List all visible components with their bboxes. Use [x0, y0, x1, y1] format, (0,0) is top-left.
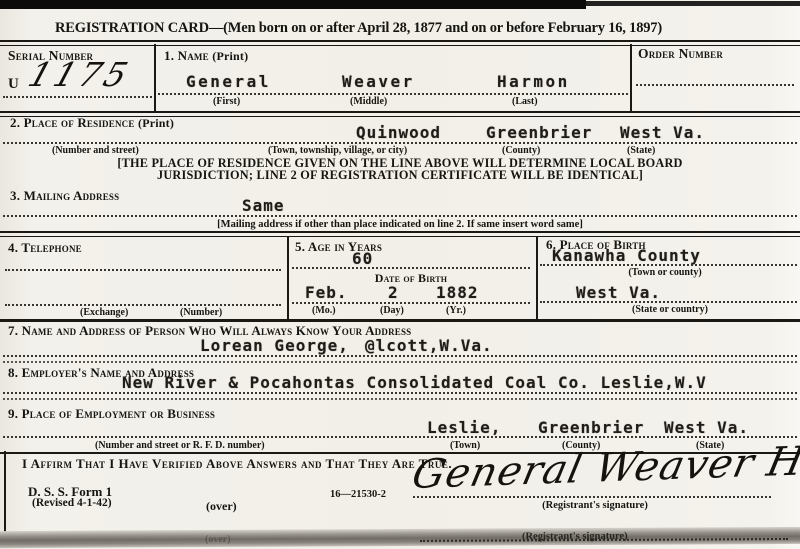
divider-age-birth: [536, 237, 538, 320]
card-title: REGISTRATION CARD—(Men born on or after …: [55, 20, 662, 37]
birth-town-sublabel: (Town or county): [560, 267, 770, 278]
mailing-fine-print: [Mailing address if other than place ind…: [0, 219, 800, 230]
employment-street-sublabel: (Number and street or R. F. D. number): [95, 440, 265, 451]
dob-day-value: 2: [388, 283, 399, 302]
dob-month-sublabel: (Mo.): [312, 305, 336, 316]
telephone-exchange-sublabel: (Exchange): [80, 307, 128, 318]
name-first-value: General: [186, 72, 271, 91]
affirmation-text: I Affirm That I Have Verified Above Answ…: [22, 456, 452, 472]
divider-tel-age: [287, 237, 289, 320]
divider-serial-name: [154, 44, 156, 112]
name-line: [158, 93, 628, 95]
serial-line: [3, 96, 152, 98]
next-card-signature-sublabel: (Registrant's signature): [522, 531, 628, 543]
divider-name-order: [630, 44, 632, 112]
residence-label: 2. Place of Residence (Print): [10, 115, 174, 131]
registration-card: REGISTRATION CARD—(Men born on or after …: [0, 0, 800, 549]
birth-town-value: Kanawha County: [552, 246, 701, 265]
birth-state-sublabel: (State or country): [565, 304, 775, 315]
dob-year-value: 1882: [436, 283, 479, 302]
residence-town-value: Quinwood: [356, 123, 441, 142]
card-left-edge: [4, 451, 6, 535]
residence-state-sublabel: (State): [627, 145, 655, 156]
order-line: [636, 84, 794, 86]
residence-note-line2: JURISDICTION; LINE 2 OF REGISTRATION CER…: [10, 168, 790, 183]
order-number-label: Order Number: [638, 46, 723, 62]
residence-street-sublabel: (Number and street): [52, 145, 139, 156]
telephone-line1: [5, 269, 281, 271]
telephone-label: 4. Telephone: [8, 240, 82, 256]
dob-month-value: Feb.: [305, 283, 348, 302]
residence-line: [3, 142, 797, 144]
signature-sublabel: (Registrant's signature): [460, 500, 730, 511]
dob-day-sublabel: (Day): [380, 305, 404, 316]
name-last-sublabel: (Last): [512, 96, 538, 107]
serial-prefix: U: [8, 76, 19, 93]
age-line1: [292, 267, 530, 269]
residence-county-sublabel: (County): [502, 145, 540, 156]
dob-year-sublabel: (Yr.): [446, 305, 466, 316]
name-middle-sublabel: (Middle): [350, 96, 387, 107]
employment-label: 9. Place of Employment or Business: [8, 406, 215, 422]
mailing-label: 3. Mailing Address: [10, 188, 119, 204]
print-code: 16—21530-2: [330, 489, 386, 500]
age-line2: [292, 302, 530, 304]
next-card-edge: (over) (Registrant's signature): [0, 527, 800, 548]
birth-state-value: West Va.: [576, 283, 661, 302]
scan-top-bar: [0, 0, 586, 9]
age-value: 60: [352, 249, 373, 268]
serial-number-value: 1175: [24, 55, 137, 94]
residence-county-value: Greenbrier: [486, 123, 592, 142]
mailing-bottom-rule: [0, 231, 800, 237]
form-revised: (Revised 4-1-42): [32, 497, 112, 509]
scan-top-bar-thin: [586, 1, 800, 6]
card-title-main: REGISTRATION CARD: [55, 20, 209, 36]
name-first-sublabel: (First): [213, 96, 240, 107]
birth-line2: [540, 301, 797, 303]
mailing-line: [3, 215, 797, 217]
name-label: 1. Name (Print): [164, 48, 248, 64]
contact-line: [3, 355, 797, 357]
employer-value: New River & Pocahontas Consolidated Coal…: [122, 373, 707, 392]
mailing-value: Same: [242, 196, 285, 215]
employer-line2: [3, 398, 797, 400]
contact-line2: [3, 361, 797, 363]
card-title-note: —(Men born on or after April 28, 1877 an…: [209, 20, 662, 36]
next-card-over: (over): [205, 534, 231, 545]
contact-address-value: @lcott,W.Va.: [365, 336, 493, 355]
over-note: (over): [206, 499, 237, 514]
name-middle-value: Weaver: [342, 72, 415, 91]
residence-state-value: West Va.: [620, 123, 705, 142]
employment-county-value: Greenbrier: [538, 418, 644, 437]
employment-state-value: West Va.: [664, 418, 749, 437]
employer-line: [3, 392, 797, 394]
birth-line1: [540, 264, 797, 266]
employment-town-value: Leslie,: [427, 418, 501, 437]
section6-bottom-rule: [0, 319, 800, 322]
employment-line: [3, 436, 797, 438]
telephone-number-sublabel: (Number): [180, 307, 222, 318]
residence-town-sublabel: (Town, township, village, or city): [268, 145, 407, 156]
telephone-line2: [5, 304, 281, 306]
signature-line: [413, 496, 771, 498]
contact-name-value: Lorean George,: [200, 336, 349, 355]
name-last-value: Harmon: [497, 72, 570, 91]
